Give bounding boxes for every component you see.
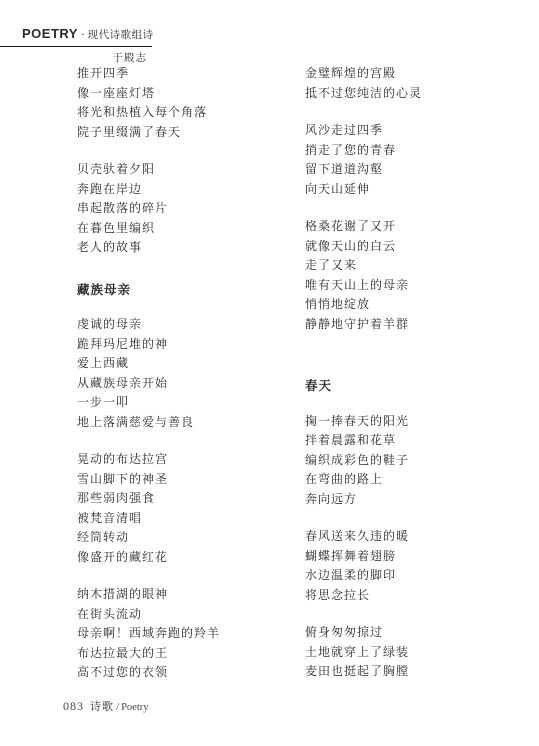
poem-line: 晃动的布达拉宫: [77, 450, 297, 470]
poem-line: 悄悄地绽放: [305, 295, 525, 315]
header-title-row: POETRY·现代诗歌组诗: [0, 25, 152, 43]
poem-line: 春风送来久违的暖: [305, 527, 525, 547]
poem-line: 一步一叩: [77, 393, 297, 413]
poem-stanza: 格桑花谢了又开就像天山的白云走了又来唯有天山上的母亲悄悄地绽放静静地守护着羊群: [305, 217, 525, 334]
poem-line: 雪山脚下的神圣: [77, 470, 297, 490]
poem-line: 麦田也挺起了胸膛: [305, 662, 525, 682]
footer-separator: /: [116, 701, 119, 713]
poem-line: 抵不过您纯洁的心灵: [305, 84, 525, 104]
poem-line: 静静地守护着羊群: [305, 315, 525, 335]
poem-line: 奔跑在岸边: [77, 180, 297, 200]
page-header: POETRY·现代诗歌组诗 于殿志: [0, 25, 152, 65]
poem-line: 被梵音清唱: [77, 509, 297, 529]
poem-line: 向天山延伸: [305, 180, 525, 200]
poem-line: 留下道道沟壑: [305, 160, 525, 180]
poem-line: 在暮色里编织: [77, 219, 297, 239]
poem-line: 在街头流动: [77, 605, 297, 625]
poem-line: 高不过您的衣领: [77, 663, 297, 683]
poem-line: 从藏族母亲开始: [77, 374, 297, 394]
page-footer: 083诗歌/Poetry: [63, 697, 148, 715]
poem-section-title: 春天: [305, 377, 525, 397]
poem-stanza: 推开四季像一座座灯塔将光和热植入每个角落院子里缀满了春天: [77, 64, 297, 142]
poem-stanza: 风沙走过四季捎走了您的青春留下道道沟壑向天山延伸: [305, 121, 525, 199]
header-rule: [0, 46, 152, 47]
poem-line: 串起散落的碎片: [77, 199, 297, 219]
footer-section-cn: 诗歌: [90, 701, 114, 713]
header-separator: ·: [81, 29, 85, 41]
poem-line: 院子里缀满了春天: [77, 123, 297, 143]
poem-line: 风沙走过四季: [305, 121, 525, 141]
poem-line: 地上落满慈爱与善良: [77, 413, 297, 433]
poem-line: 将思念拉长: [305, 586, 525, 606]
poem-line: 金璧辉煌的宫殿: [305, 64, 525, 84]
poem-line: 虔诚的母亲: [77, 315, 297, 335]
poem-line: 那些弱肉强食: [77, 489, 297, 509]
poem-line: 像一座座灯塔: [77, 84, 297, 104]
poem-stanza: 春风送来久违的暖蝴蝶挥舞着翅膀水边温柔的脚印将思念拉长: [305, 527, 525, 605]
poem-stanza: 纳木措湖的眼神在街头流动母亲啊！西域奔跑的羚羊布达拉最大的王高不过您的衣领: [77, 585, 297, 683]
poem-line: 走了又来: [305, 256, 525, 276]
section-name: 现代诗歌组诗: [88, 30, 154, 41]
poem-line: 俯身匆匆掠过: [305, 623, 525, 643]
poem-line: 跪拜玛尼堆的神: [77, 335, 297, 355]
author-name: 于殿志: [0, 50, 152, 65]
poem-line: 老人的故事: [77, 238, 297, 258]
poem-line: 母亲啊！西域奔跑的羚羊: [77, 624, 297, 644]
poem-line: 唯有天山上的母亲: [305, 276, 525, 296]
poem-line: 蝴蝶挥舞着翅膀: [305, 547, 525, 567]
poem-line: 编织成彩色的鞋子: [305, 451, 525, 471]
poem-line: 纳木措湖的眼神: [77, 585, 297, 605]
poem-stanza: 金璧辉煌的宫殿抵不过您纯洁的心灵: [305, 64, 525, 103]
poem-line: 格桑花谢了又开: [305, 217, 525, 237]
poem-line: 爱上西藏: [77, 354, 297, 374]
poem-line: 贝壳驮着夕阳: [77, 160, 297, 180]
poem-line: 将光和热植入每个角落: [77, 103, 297, 123]
poem-line: 土地就穿上了绿装: [305, 643, 525, 663]
poem-line: 拌着晨露和花草: [305, 431, 525, 451]
footer-section-en: Poetry: [121, 702, 148, 713]
poem-stanza: 贝壳驮着夕阳奔跑在岸边串起散落的碎片在暮色里编织老人的故事: [77, 160, 297, 258]
magazine-title: POETRY: [22, 26, 78, 41]
poem-section-title: 藏族母亲: [77, 281, 297, 301]
poem-line: 布达拉最大的王: [77, 644, 297, 664]
poem-column-left: 推开四季像一座座灯塔将光和热植入每个角落院子里缀满了春天贝壳驮着夕阳奔跑在岸边串…: [77, 64, 297, 701]
poem-line: 水边温柔的脚印: [305, 566, 525, 586]
poem-line: 在弯曲的路上: [305, 470, 525, 490]
page: POETRY·现代诗歌组诗 于殿志 推开四季像一座座灯塔将光和热植入每个角落院子…: [0, 0, 539, 746]
poem-column-right: 金璧辉煌的宫殿抵不过您纯洁的心灵风沙走过四季捎走了您的青春留下道道沟壑向天山延伸…: [305, 64, 525, 700]
poem-line: 就像天山的白云: [305, 237, 525, 257]
poem-line: 捎走了您的青春: [305, 141, 525, 161]
poem-line: 经筒转动: [77, 528, 297, 548]
poem-stanza: 晃动的布达拉宫雪山脚下的神圣那些弱肉强食被梵音清唱经筒转动像盛开的藏红花: [77, 450, 297, 567]
poem-line: 掬一捧春天的阳光: [305, 412, 525, 432]
page-number: 083: [63, 699, 84, 713]
poem-line: 奔向远方: [305, 490, 525, 510]
poem-line: 推开四季: [77, 64, 297, 84]
poem-stanza: 俯身匆匆掠过土地就穿上了绿装麦田也挺起了胸膛: [305, 623, 525, 682]
poem-stanza: 虔诚的母亲跪拜玛尼堆的神爱上西藏从藏族母亲开始一步一叩地上落满慈爱与善良: [77, 315, 297, 432]
poem-stanza: 掬一捧春天的阳光拌着晨露和花草编织成彩色的鞋子在弯曲的路上奔向远方: [305, 412, 525, 510]
poem-line: 像盛开的藏红花: [77, 548, 297, 568]
